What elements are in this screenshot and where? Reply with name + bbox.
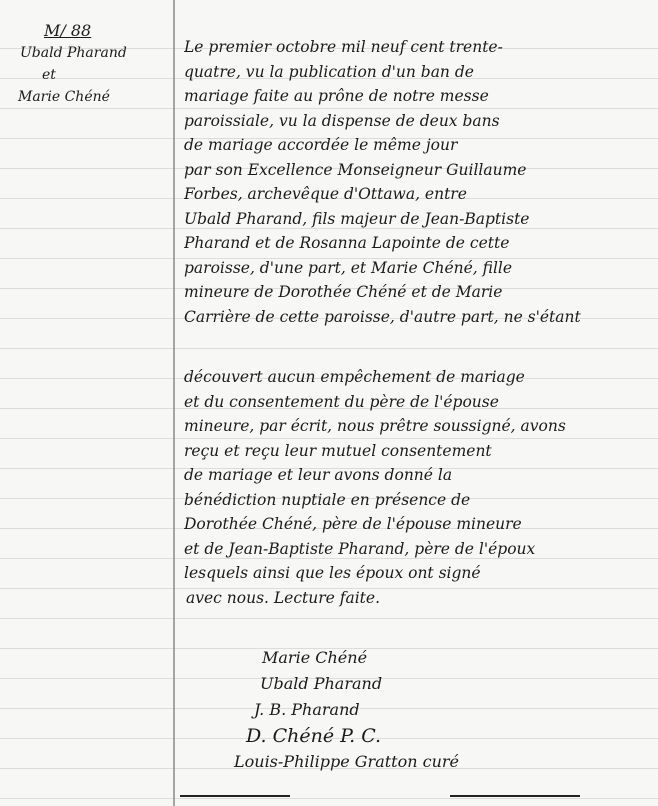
body-line: lesquels ainsi que les époux ont signé [184, 561, 644, 586]
signature-groom: Ubald Pharand [230, 671, 630, 697]
body-line: Forbes, archevêque d'Ottawa, entre [184, 182, 644, 207]
signature-priest: Louis-Philippe Gratton curé [230, 749, 630, 775]
body-line: Ubald Pharand, fils majeur de Jean-Bapti… [184, 207, 644, 232]
body-line: Pharand et de Rosanna Lapointe de cette [184, 231, 644, 256]
entry-body: Le premier octobre mil neuf cent trente-… [184, 35, 644, 610]
register-page: M/ 88 Ubald Pharand et Marie Chéné Le pr… [0, 0, 658, 806]
body-line: mineure de Dorothée Chéné et de Marie [184, 280, 644, 305]
body-line: mineure, par écrit, nous prêtre soussign… [184, 414, 644, 439]
closing-rule-left [180, 795, 290, 797]
closing-line: avec nous. Lecture faite. [184, 586, 644, 611]
body-line: paroisse, d'une part, et Marie Chéné, fi… [184, 256, 644, 281]
body-line: Le premier octobre mil neuf cent trente- [184, 35, 644, 60]
signature-bride-father: D. Chéné P. C. [230, 723, 630, 749]
signature-bride: Marie Chéné [230, 645, 630, 671]
margin-conjunction: et [14, 64, 164, 86]
body-line: reçu et reçu leur mutuel consentement [184, 439, 644, 464]
body-line: Carrière de cette paroisse, d'autre part… [184, 305, 644, 330]
signature-groom-father: J. B. Pharand [230, 697, 630, 723]
body-line: Dorothée Chéné, père de l'épouse mineure [184, 512, 644, 537]
closing-rule-right [450, 795, 580, 797]
body-line: bénédiction nuptiale en présence de [184, 488, 644, 513]
margin-bride-name: Marie Chéné [14, 86, 164, 108]
body-line: paroissiale, vu la dispense de deux bans [184, 109, 644, 134]
entry-number: M/ 88 [14, 20, 164, 42]
body-line: par son Excellence Monseigneur Guillaume [184, 158, 644, 183]
body-line: et du consentement du père de l'épouse [184, 390, 644, 415]
margin-note: M/ 88 Ubald Pharand et Marie Chéné [14, 20, 164, 108]
margin-rule [173, 0, 175, 806]
body-line: mariage faite au prône de notre messe [184, 84, 644, 109]
body-line: de mariage et leur avons donné la [184, 463, 644, 488]
body-line: quatre, vu la publication d'un ban de [184, 60, 644, 85]
body-line: de mariage accordée le même jour [184, 133, 644, 158]
body-line: et de Jean-Baptiste Pharand, père de l'é… [184, 537, 644, 562]
signature-block: Marie Chéné Ubald Pharand J. B. Pharand … [230, 645, 630, 775]
margin-groom-name: Ubald Pharand [14, 42, 164, 64]
body-line: découvert aucun empêchement de mariage [184, 365, 644, 390]
